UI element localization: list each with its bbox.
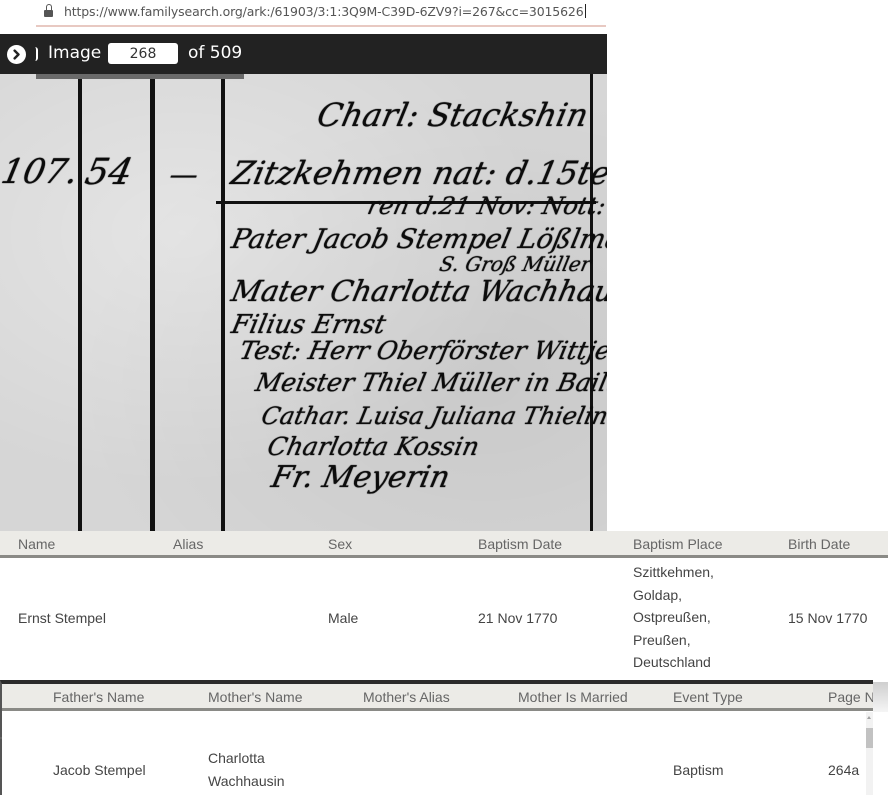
handwritten-text: ren d.21 Nov: Nott: <box>365 192 607 220</box>
column-header-mother-is-married[interactable]: Mother Is Married <box>518 689 628 705</box>
cell-fathers-name: Jacob Stempel <box>53 759 146 782</box>
image-navigation-bar: Image of 509 <box>0 34 607 74</box>
place-line: Goldap, <box>633 584 714 607</box>
column-header-fathers-name[interactable]: Father's Name <box>53 689 144 705</box>
record-table-primary: Name Alias Sex Baptism Date Baptism Plac… <box>0 531 888 679</box>
ruled-line <box>221 74 225 531</box>
table-row: Jacob Stempel Charlotta Wachhausin Bapti… <box>2 711 873 795</box>
record-image: Charl: Stackshin 107. 54 — Zitzkehmen na… <box>0 34 607 531</box>
address-bar[interactable]: https://www.familysearch.org/ark:/61903/… <box>36 0 606 27</box>
column-header-birth-date[interactable]: Birth Date <box>788 536 850 552</box>
chevron-right-circle-icon[interactable] <box>7 45 26 64</box>
url-text[interactable]: https://www.familysearch.org/ark:/61903/… <box>64 4 586 19</box>
image-viewer[interactable]: Charl: Stackshin 107. 54 — Zitzkehmen na… <box>0 34 607 531</box>
table-header-row: Father's Name Mother's Name Mother's Ali… <box>2 684 873 711</box>
cell-mothers-name: Charlotta Wachhausin <box>208 747 285 792</box>
column-header-baptism-place[interactable]: Baptism Place <box>633 536 722 552</box>
cell-name: Ernst Stempel <box>18 607 106 630</box>
handwritten-text: 107. <box>0 152 82 192</box>
column-header-mothers-alias[interactable]: Mother's Alias <box>363 689 450 705</box>
handwritten-text: Cathar. Luisa Juliana Thielin <box>259 402 607 430</box>
table-row: Ernst Stempel Male 21 Nov 1770 Szittkehm… <box>0 558 888 679</box>
place-line: Deutschland <box>633 651 714 674</box>
cell-baptism-place: Szittkehmen, Goldap, Ostpreußen, Preußen… <box>633 561 714 674</box>
handwritten-text: Test: Herr Oberförster Wittjen <box>237 336 607 365</box>
place-line: Szittkehmen, <box>633 561 714 584</box>
handwritten-text: Meister Thiel Müller in Bailth <box>253 368 607 397</box>
column-header-alias[interactable]: Alias <box>173 536 203 552</box>
handwritten-text: S. Groß Müller <box>437 252 593 276</box>
cell-baptism-date: 21 Nov 1770 <box>478 607 557 630</box>
text-caret <box>585 4 586 18</box>
column-header-sex[interactable]: Sex <box>328 536 352 552</box>
scroll-up-arrow-icon[interactable] <box>867 716 871 719</box>
toolbar-shadow <box>36 74 244 79</box>
image-label: Image <box>48 43 101 63</box>
divider <box>0 737 2 739</box>
ruled-line <box>150 74 155 531</box>
lock-icon <box>44 7 53 17</box>
divider <box>35 47 38 61</box>
handwritten-text: Charl: Stackshin <box>314 96 592 134</box>
table-header-row: Name Alias Sex Baptism Date Baptism Plac… <box>0 531 888 558</box>
handwritten-text: Pater Jacob Stempel Lößlman <box>229 224 607 255</box>
record-table-secondary: Father's Name Mother's Name Mother's Ali… <box>0 680 873 795</box>
column-header-baptism-date[interactable]: Baptism Date <box>478 536 562 552</box>
handwritten-text: Fr. Meyerin <box>268 460 453 495</box>
column-header-event-type[interactable]: Event Type <box>673 689 743 705</box>
cell-page-number: 264a <box>828 759 859 782</box>
name-line: Charlotta <box>208 747 285 770</box>
image-fragment <box>873 682 888 712</box>
cell-event-type: Baptism <box>673 759 724 782</box>
handwritten-text: — <box>166 158 201 191</box>
place-line: Preußen, <box>633 629 714 652</box>
handwritten-text: 54 <box>82 152 137 193</box>
column-header-name[interactable]: Name <box>18 536 55 552</box>
column-header-page-number[interactable]: Page N <box>828 689 875 705</box>
image-number-input[interactable] <box>108 43 178 64</box>
cell-birth-date: 15 Nov 1770 <box>788 607 867 630</box>
place-line: Ostpreußen, <box>633 606 714 629</box>
image-total-label: of 509 <box>188 43 242 63</box>
ruled-line <box>78 74 82 531</box>
vertical-scrollbar[interactable] <box>866 712 873 795</box>
scrollbar-thumb[interactable] <box>866 728 873 748</box>
column-header-mothers-name[interactable]: Mother's Name <box>208 689 302 705</box>
handwritten-text: Zitzkehmen nat: d.15ten <box>228 154 607 192</box>
name-line: Wachhausin <box>208 770 285 793</box>
handwritten-text: Charlotta Kossin <box>265 432 482 461</box>
handwritten-text: Mater Charlotta Wachhausin <box>228 274 607 308</box>
cell-sex: Male <box>328 607 358 630</box>
